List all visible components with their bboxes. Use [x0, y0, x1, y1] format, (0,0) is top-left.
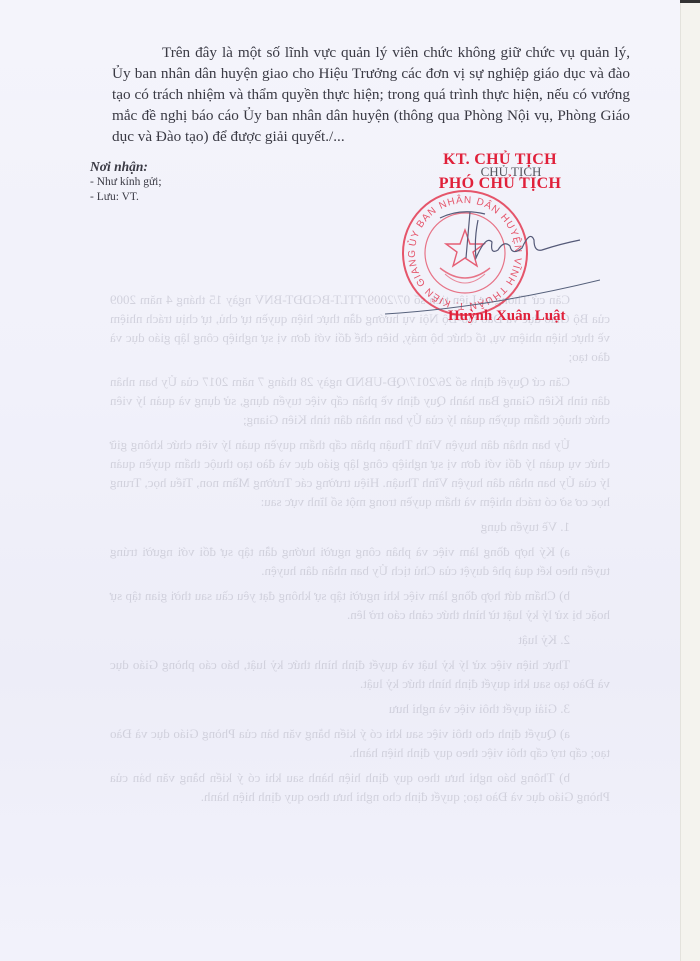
- bleed-paragraph: 3. Giải quyết thôi việc và nghỉ hưu: [110, 699, 610, 718]
- bleed-paragraph: a) Quyết định cho thôi việc sau khi có ý…: [110, 724, 610, 762]
- recipients-title: Nơi nhận:: [90, 158, 162, 175]
- recipient-item: - Như kính gửi;: [90, 175, 162, 190]
- signature-block: KT. CHỦ TỊCH CHỦ TỊCH PHÓ CHỦ TỊCH: [410, 152, 590, 192]
- page-edge: [680, 0, 700, 961]
- bleed-paragraph: b) Thông báo nghỉ hưu theo quy định hiện…: [110, 768, 610, 806]
- bleed-through-text: Căn cứ Thông tư Liên tịch số 07/2009/TTL…: [110, 290, 610, 812]
- bleed-paragraph: Ủy ban nhân dân huyện Vĩnh Thuận phân cấ…: [110, 435, 610, 511]
- recipients-block: Nơi nhận: - Như kính gửi; - Lưu: VT.: [90, 158, 162, 205]
- closing-paragraph-block: Trên đây là một số lĩnh vực quản lý viên…: [112, 42, 630, 147]
- signer-name: Huỳnh Xuân Luật: [448, 308, 566, 325]
- bleed-paragraph: 2. Kỷ luật: [110, 630, 610, 649]
- closing-paragraph: Trên đây là một số lĩnh vực quản lý viên…: [112, 42, 630, 147]
- bleed-paragraph: Căn cứ Quyết định số 26/2017/QĐ-UBND ngà…: [110, 372, 610, 429]
- recipient-item: - Lưu: VT.: [90, 190, 162, 205]
- scan-corner-mark: [680, 0, 700, 3]
- bleed-paragraph: b) Chấm dứt hợp đồng làm việc khi người …: [110, 586, 610, 624]
- handwritten-signature-icon: [430, 200, 590, 270]
- bleed-paragraph: Thực hiện việc xử lý kỷ luật và quyết đị…: [110, 655, 610, 693]
- bleed-paragraph: 1. Về tuyển dụng: [110, 517, 610, 536]
- bleed-paragraph: a) Ký hợp đồng làm việc và phân công ngư…: [110, 542, 610, 580]
